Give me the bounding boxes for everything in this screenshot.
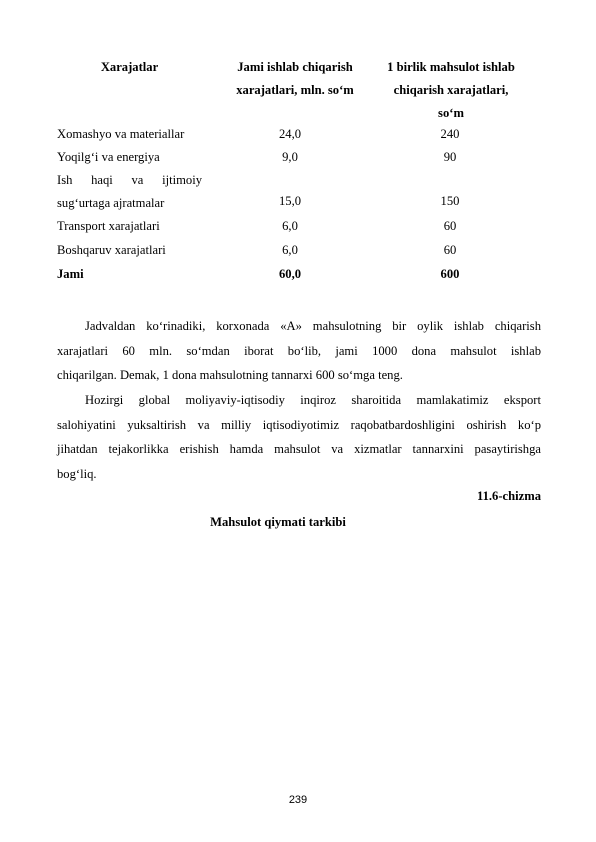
paragraph-line: salohiyatini yuksaltirish va milliy iqti… — [57, 413, 541, 438]
table-row: Xomashyo va materiallar 24,0 240 — [57, 123, 527, 146]
paragraph-economy: Hozirgi global moliyaviy-iqtisodiy inqir… — [57, 388, 541, 486]
paragraph-line: bog‘liq. — [57, 462, 541, 487]
paragraph-line: xarajatlari 60 mln. so‘mdan iborat bo‘li… — [57, 339, 541, 364]
header-line: 1 birlik mahsulot ishlab — [375, 56, 527, 79]
table-row: Yoqilg‘i va energiya 9,0 90 — [57, 146, 527, 169]
row-total: 6,0 — [235, 239, 345, 262]
header-expenses: Xarajatlar — [57, 56, 202, 79]
row-unit: 60 — [395, 239, 505, 262]
header-line: Xarajatlar — [57, 56, 202, 79]
paragraph-cost-explanation: Jadvaldan ko‘rinadiki, korxonada «A» mah… — [57, 314, 541, 388]
text: Hozirgi global moliyaviy-iqtisodiy inqir… — [85, 393, 541, 407]
table-row: Transport xarajatlari 6,0 60 — [57, 215, 527, 238]
table-row-label-line: Ish haqi va ijtimoiy — [57, 169, 527, 192]
paragraph-line: Hozirgi global moliyaviy-iqtisodiy inqir… — [57, 388, 541, 413]
page-number: 239 — [0, 793, 596, 807]
header-total-cost: Jami ishlab chiqarish xarajatlari, mln. … — [215, 56, 375, 102]
row-total: 15,0 — [235, 190, 345, 213]
row-label: Ish haqi va ijtimoiy — [57, 169, 202, 192]
row-total: 9,0 — [235, 146, 345, 169]
row-label: Boshqaruv xarajatlari — [57, 239, 202, 262]
header-line: xarajatlari, mln. so‘m — [215, 79, 375, 102]
figure-number: 11.6-chizma — [477, 486, 541, 506]
row-unit: 150 — [395, 190, 505, 213]
total-label: Jami — [57, 263, 202, 286]
paragraph-line: chiqarilgan. Demak, 1 dona mahsulotning … — [57, 363, 541, 388]
row-unit: 240 — [395, 123, 505, 146]
row-total: 24,0 — [235, 123, 345, 146]
paragraph-line: jihatdan tejakorlikka erishish hamda mah… — [57, 437, 541, 462]
header-unit-cost: 1 birlik mahsulot ishlab chiqarish xaraj… — [375, 56, 527, 125]
row-total: 6,0 — [235, 215, 345, 238]
header-line: chiqarish xarajatlari, — [375, 79, 527, 102]
header-line: so‘m — [375, 102, 527, 125]
text: Jadvaldan ko‘rinadiki, korxonada «A» mah… — [85, 319, 541, 333]
total-unit: 600 — [395, 263, 505, 286]
total-value: 60,0 — [235, 263, 345, 286]
header-line: Jami ishlab chiqarish — [215, 56, 375, 79]
row-unit: 60 — [395, 215, 505, 238]
row-label: sug‘urtaga ajratmalar — [57, 192, 202, 215]
row-label: Yoqilg‘i va energiya — [57, 146, 202, 169]
figure-title: Mahsulot qiymati tarkibi — [0, 512, 596, 532]
figure-placeholder — [57, 540, 541, 775]
table-row: Boshqaruv xarajatlari 6,0 60 — [57, 239, 527, 262]
row-label: Transport xarajatlari — [57, 215, 202, 238]
row-label: Xomashyo va materiallar — [57, 123, 202, 146]
table-row: sug‘urtaga ajratmalar 15,0 150 — [57, 192, 527, 215]
table-total-row: Jami 60,0 600 — [57, 263, 527, 286]
paragraph-line: Jadvaldan ko‘rinadiki, korxonada «A» mah… — [57, 314, 541, 339]
row-unit: 90 — [395, 146, 505, 169]
document-page: Xarajatlar Jami ishlab chiqarish xarajat… — [0, 0, 596, 842]
